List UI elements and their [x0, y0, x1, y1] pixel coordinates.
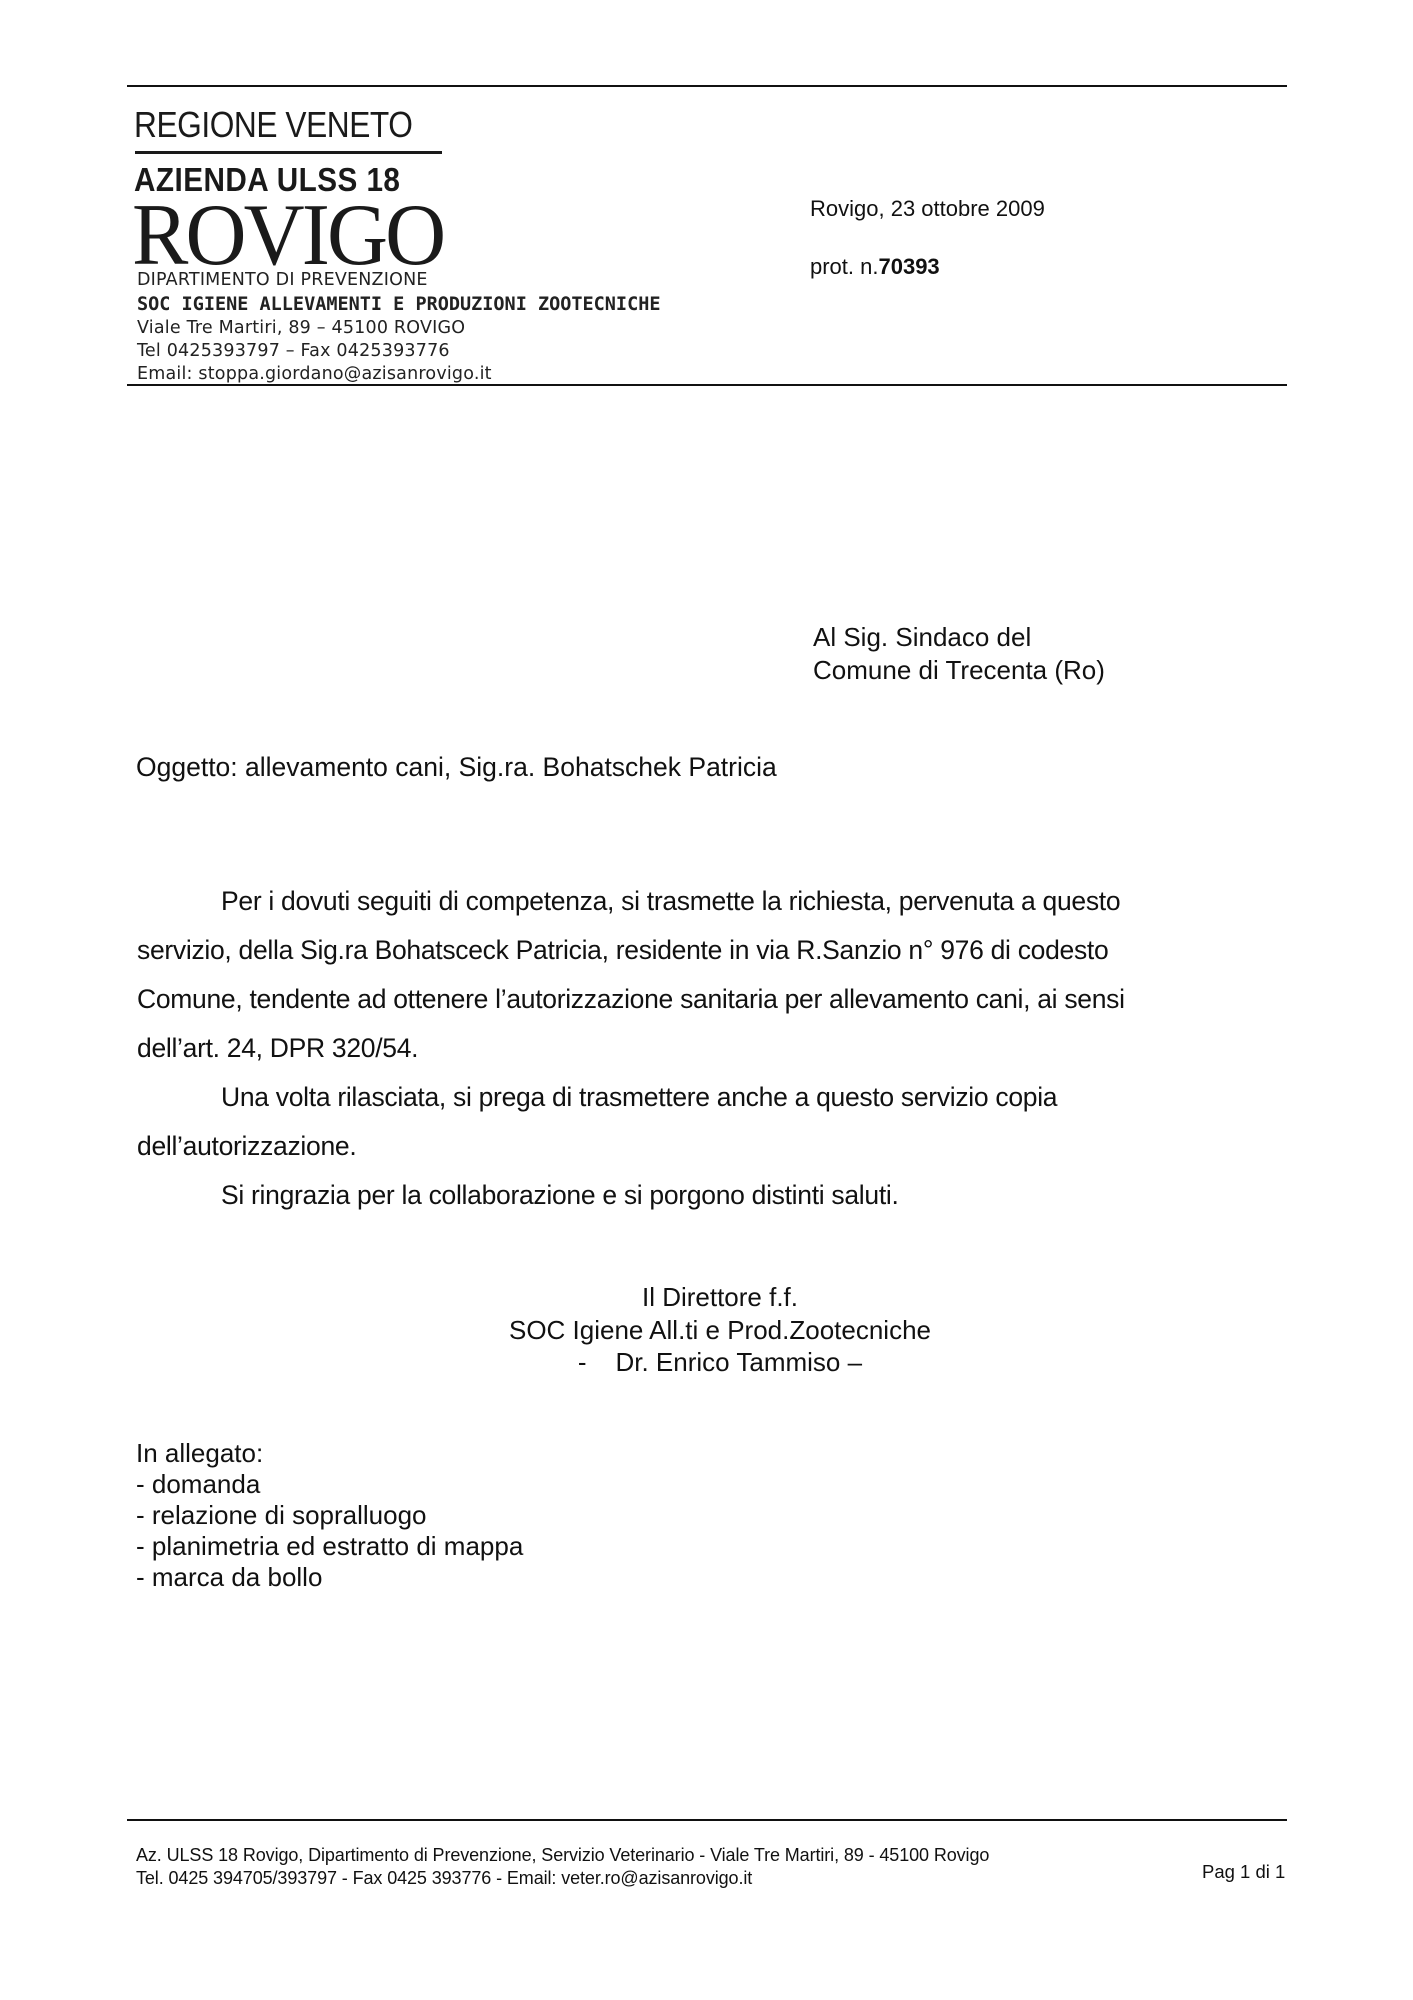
attachment-item: - planimetria ed estratto di mappa — [136, 1531, 523, 1562]
attachment-item: - domanda — [136, 1469, 260, 1500]
addressee-line: Al Sig. Sindaco del — [813, 622, 1031, 653]
body-text-line: servizio, della Sig.ra Bohatsceck Patric… — [137, 935, 1108, 966]
body-text-line: Si ringrazia per la collaborazione e si … — [221, 1180, 899, 1211]
body-text-line: dell’art. 24, DPR 320/54. — [137, 1033, 418, 1064]
header-bottom-rule — [127, 384, 1287, 386]
page-number: Pag 1 di 1 — [1202, 1861, 1285, 1883]
letter-date: Rovigo, 23 ottobre 2009 — [810, 196, 1045, 222]
footer-address: Az. ULSS 18 Rovigo, Dipartimento di Prev… — [136, 1845, 989, 1866]
signatory-unit: SOC Igiene All.ti e Prod.Zootecniche — [420, 1315, 1020, 1346]
attachment-item: - relazione di sopralluogo — [136, 1500, 427, 1531]
body-text-line: Comune, tendente ad ottenere l’autorizza… — [137, 984, 1125, 1015]
body-text-line: Una volta rilasciata, si prega di trasme… — [221, 1082, 1057, 1113]
footer-rule — [127, 1819, 1287, 1821]
signatory-title: Il Direttore f.f. — [420, 1282, 1020, 1313]
unit-name: SOC IGIENE ALLEVAMENTI E PRODUZIONI ZOOT… — [137, 294, 660, 315]
body-text-line: Per i dovuti seguiti di competenza, si t… — [221, 886, 1120, 917]
signatory-name: - Dr. Enrico Tammiso – — [420, 1347, 1020, 1378]
attachment-item: - marca da bollo — [136, 1562, 322, 1593]
attachments-heading: In allegato: — [136, 1438, 263, 1469]
protocol-value: 70393 — [878, 254, 939, 279]
logo-city-text: ROVIGO — [132, 196, 443, 276]
department-name: DIPARTIMENTO DI PREVENZIONE — [137, 270, 428, 290]
header-top-rule — [127, 85, 1287, 87]
protocol-label: prot. n. — [810, 254, 878, 279]
footer-contacts: Tel. 0425 394705/393797 - Fax 0425 39377… — [136, 1868, 752, 1889]
logo-divider — [135, 151, 442, 154]
addressee-line: Comune di Trecenta (Ro) — [813, 655, 1105, 686]
logo-region-text: REGIONE VENETO — [134, 104, 412, 146]
subject-line: Oggetto: allevamento cani, Sig.ra. Bohat… — [136, 752, 777, 783]
letterhead-phone-fax: Tel 0425393797 – Fax 0425393776 — [137, 341, 450, 361]
letterhead-address: Viale Tre Martiri, 89 – 45100 ROVIGO — [137, 318, 465, 338]
body-text-line: dell’autorizzazione. — [137, 1131, 356, 1162]
letterhead-email: Email: stoppa.giordano@azisanrovigo.it — [137, 364, 492, 384]
protocol-number: prot. n.70393 — [810, 254, 940, 280]
